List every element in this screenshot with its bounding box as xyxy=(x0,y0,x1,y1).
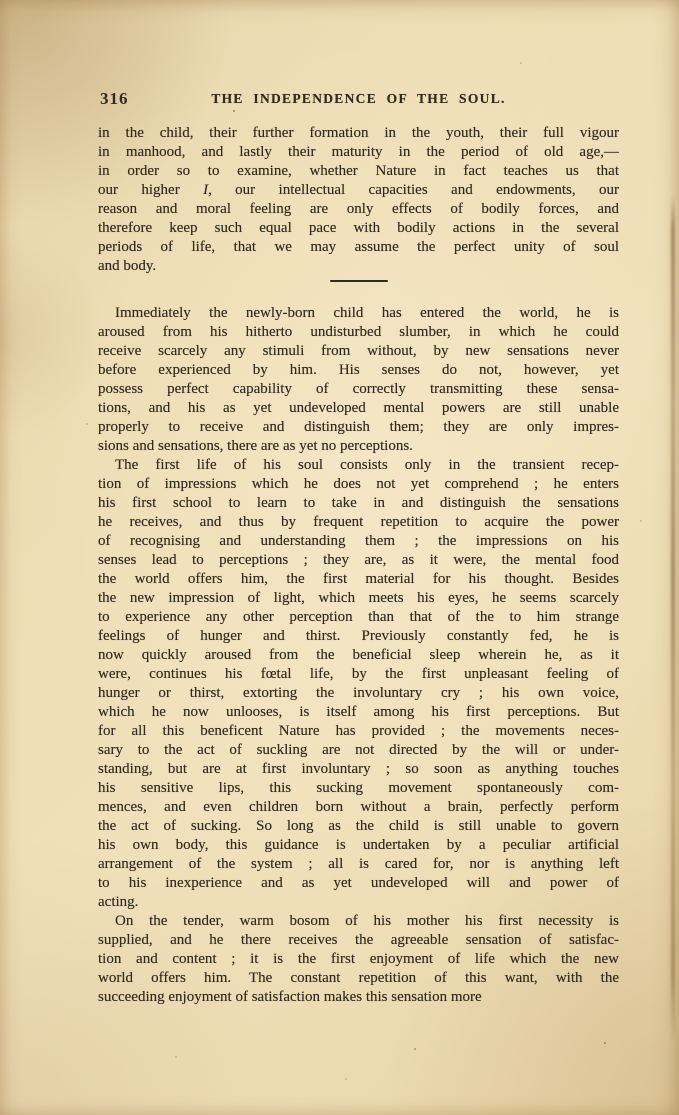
paragraph: Immediately the newly-born child has ent… xyxy=(98,304,619,456)
section-divider xyxy=(330,280,388,282)
text-line: in manhood, and lastly their maturity in… xyxy=(98,143,619,162)
text-line: in order so to examine, whether Nature i… xyxy=(98,162,619,181)
text-line: his first school to learn to take in and… xyxy=(98,494,619,513)
text-line: in the child, their further formation in… xyxy=(98,124,619,143)
text-line: our higher I, our intellectual capacitie… xyxy=(98,181,619,200)
text-line: and body. xyxy=(98,257,619,276)
text-line: periods of life, that we may assume the … xyxy=(98,238,619,257)
text-line: of recognising and understanding them ; … xyxy=(98,532,619,551)
text-line: acting. xyxy=(98,893,619,912)
text-line: senses lead to perceptions ; they are, a… xyxy=(98,551,619,570)
text-line: before experienced by him. His senses do… xyxy=(98,361,619,380)
text-line: now quickly aroused from the beneficial … xyxy=(98,646,619,665)
paragraph: On the tender, warm bosom of his mother … xyxy=(98,912,619,1007)
text-line: for all this beneficent Nature has provi… xyxy=(98,722,619,741)
text-line: The first life of his soul consists only… xyxy=(98,456,619,475)
text-line: possess perfect capability of correctly … xyxy=(98,380,619,399)
text-line: succeeding enjoyment of satisfaction mak… xyxy=(98,988,619,1007)
text-line: hunger or thirst, extorting the involunt… xyxy=(98,684,619,703)
text-line: world offers him. The constant repetitio… xyxy=(98,969,619,988)
text-line: the world offers him, the first material… xyxy=(98,570,619,589)
text-line: sary to the act of suckling are not dire… xyxy=(98,741,619,760)
text-line: therefore keep such equal pace with bodi… xyxy=(98,219,619,238)
text-line: feelings of hunger and thirst. Previousl… xyxy=(98,627,619,646)
text-line: standing, but are at first involuntary ;… xyxy=(98,760,619,779)
text-line: his sensitive lips, this sucking movemen… xyxy=(98,779,619,798)
text-line: the act of sucking. So long as the child… xyxy=(98,817,619,836)
text-line: supplied, and he there receives the agre… xyxy=(98,931,619,950)
text-line: arrangement of the system ; all is cared… xyxy=(98,855,619,874)
text-line: were, continues his fœtal life, by the f… xyxy=(98,665,619,684)
page-body-text: in the child, their further formation in… xyxy=(98,124,619,1007)
page-number: 316 xyxy=(100,89,129,109)
text-line: he receives, and thus by frequent repeti… xyxy=(98,513,619,532)
text-line: which he now unlooses, is itself among h… xyxy=(98,703,619,722)
text-line: to his inexperience and as yet undevelop… xyxy=(98,874,619,893)
text-line: On the tender, warm bosom of his mother … xyxy=(98,912,619,931)
paper-specks xyxy=(0,0,2,2)
text-line: reason and moral feeling are only effect… xyxy=(98,200,619,219)
text-line: mences, and even children born without a… xyxy=(98,798,619,817)
text-line: tion and content ; it is the first enjoy… xyxy=(98,950,619,969)
text-line: tion of impressions which he does not ye… xyxy=(98,475,619,494)
page-edge-shadow xyxy=(671,195,675,1040)
page-header: 316 THE INDEPENDENCE OF THE SOUL. xyxy=(98,89,619,107)
text-line: sions and sensations, there are as yet n… xyxy=(98,437,619,456)
text-line: properly to receive and distinguish them… xyxy=(98,418,619,437)
text-line: aroused from his hitherto undisturbed sl… xyxy=(98,323,619,342)
running-title: THE INDEPENDENCE OF THE SOUL. xyxy=(98,89,619,107)
text-line: tions, and his as yet undeveloped mental… xyxy=(98,399,619,418)
text-line: the new impression of light, which meets… xyxy=(98,589,619,608)
text-line: to experience any other perception than … xyxy=(98,608,619,627)
text-line: his own body, this guidance is undertake… xyxy=(98,836,619,855)
text-line: receive scarcely any stimuli from withou… xyxy=(98,342,619,361)
paragraph: The first life of his soul consists only… xyxy=(98,456,619,912)
text-line: Immediately the newly-born child has ent… xyxy=(98,304,619,323)
paragraph: in the child, their further formation in… xyxy=(98,124,619,276)
book-page: 316 THE INDEPENDENCE OF THE SOUL. in the… xyxy=(0,0,679,1115)
